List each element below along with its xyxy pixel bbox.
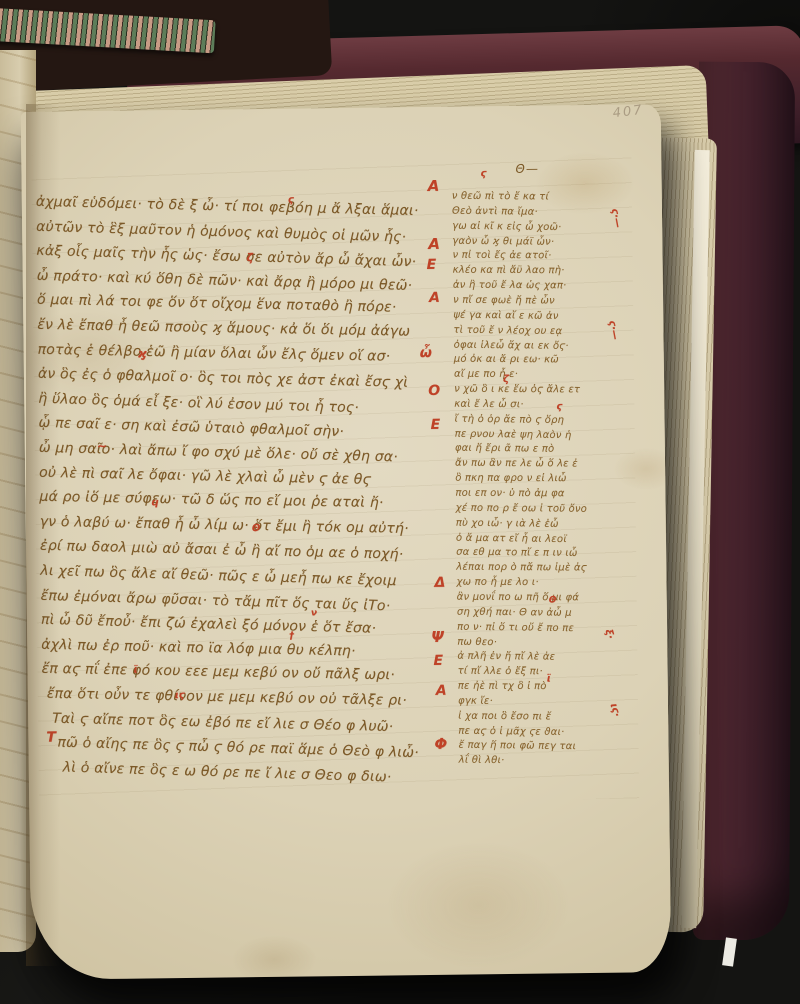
main-text-block: ἀχμαῖ εὑδόμει· τὸ δὲ ξ ὦ· τί ποι φεβόη μ… xyxy=(36,188,489,803)
main-text-line: ὅ μαι πὶ λά τοι φε ὅν ὅτ οἴχομ ἕνα ποταθ… xyxy=(37,292,397,316)
commentary-line: πὺ χο ιὦ· γ ιὰ λὲ ἑὦ xyxy=(456,517,559,529)
commentary-line: γω αἰ κῖ κ εἰς ὦ χοῶ· xyxy=(452,220,561,232)
main-text-line: ὦ πράτο· καὶ κύ ὅθη δὲ πῶν· καὶ ἄρᾳ ἢ μό… xyxy=(37,268,413,294)
main-text-line: ἀχλὶ πω ἐρ ποῦ· καὶ πο ϊα λόφ μια θυ κέλ… xyxy=(41,637,356,660)
main-text-line: Ταὶ ϛ αἴπε ποτ ὃς εω ἐβό πε εἴ λιε σ Θέο… xyxy=(52,710,394,734)
commentary-line: ὀφαι ἰλεὦ ἄχ αι εκ ὄϛ· xyxy=(454,339,569,351)
main-text-line: κἀξ οἷς μαῖς τὴν ἧς ὡς· ἔσω σε αὐτὸν ἄρ … xyxy=(36,243,416,271)
main-text-line: ἀν ὃς ἐς ὁ φθαλμοῖ ο· ὃς τοι πὸς χε ἀστ … xyxy=(38,366,409,391)
commentary-line: πε ἠὲ πὶ τχ ὂ ἰ πὸ xyxy=(458,681,547,692)
main-text-line: λι χεῖ πω ὃς ἄλε αἴ θεῶ· πῶς ε ὦ μεἦ πω … xyxy=(40,563,397,589)
rubric-inline-mark: ϛ xyxy=(480,168,486,179)
main-text-line: αὐτῶν τὸ ἓξ μαῦτον ἡ ὁμόνος καὶ θυμὸς οἱ… xyxy=(36,218,407,245)
commentary-line: ἀ πλῆ ἐν ἤ πἴ λὲ ἀε xyxy=(457,651,555,663)
commentary-line: ὀ ἄ μα ατ εἴ ἦ αι λεοϊ xyxy=(456,532,567,544)
commentary-line: ἴ τὴ ὁ ὁρ ἄε πὸ ϛ ὅρη xyxy=(454,413,564,425)
commentary-line: ν πἴ σε φωὲ ἤ πὲ ὦν xyxy=(453,295,555,307)
commentary-line: ν πἰ τοὶ ἔς ἀε ατοῖ· xyxy=(452,250,551,262)
commentary-line: γαὸν ὦ ϗ θι μάϊ ὦν· xyxy=(452,235,554,247)
commentary-line: τὶ τοῦ ἔ ν λέοχ ου εᾳ xyxy=(453,324,562,336)
main-text-line: ἀχμαῖ εὑδόμει· τὸ δὲ ξ ὦ· τί ποι φεβόη μ… xyxy=(36,194,419,219)
commentary-line: πω θεο· xyxy=(457,636,497,648)
commentary-line: ἄν πω ἂν πε λε ὦ ὅ λε ἐ xyxy=(455,458,578,470)
commentary-line: λέπαι πορ ὸ πἄ πω ἰμὲ ἀϛ xyxy=(456,562,586,574)
commentary-column: ν θεῶ πὶ τὸ ἔ κα τίΘεὸ ἀντὶ πα ἴμα·γω αἰ… xyxy=(452,188,664,790)
commentary-line: καὶ ἔ λε ὦ σι· xyxy=(454,399,523,411)
commentary-line: κλέο κα πὶ ἄϋ λαο πὴ· xyxy=(453,265,565,277)
commentary-line: αἴ με πο ἦ ε· xyxy=(454,369,518,380)
main-text-line: οὐ λὲ πὶ σαῖ λε ὄφαι· γῶ λὲ χλαὶ ὦ μὲν ϛ… xyxy=(39,464,371,487)
commentary-line: ὃ πκη πα φρο ν εἰ λιὦ xyxy=(455,473,566,484)
commentary-line: ποι επ ον· ὑ πὸ ἀμ φα xyxy=(455,488,564,500)
main-text-line: ἐρί πω δαολ μιὼ αὐ ἄσαι ἐ ὦ ἢ αἴ πο ὁμ α… xyxy=(40,538,404,563)
commentary-line: ν χῶ ὃ ι κε ἕω ὁϛ ἄλε ετ xyxy=(454,384,580,396)
main-text-line: πὶ ὦ δῦ ἔποὖ· ἔπι ζώ ἐχαλεὶ ξό μόνον ἑ ὅ… xyxy=(41,612,377,637)
commentary-line: χέ πο πο ρ ἔ οω ἰ τοῦ ὄνο xyxy=(456,502,587,514)
main-text-line: λὶ ὁ αἴνε πε ὃς ε ω θό ρε πε ἴ λιε σ Θεο… xyxy=(62,759,391,785)
main-text-line: ἔπω ἐμόναι ἄρω φῦσαι· τὸ τἄμ πῖτ ὅς ται … xyxy=(40,587,390,614)
main-text-line: γν ὁ λαβύ ω· ἔπαθ ἦ ὦ λίμ ω· ὅτ ἔμι ἢ τό… xyxy=(40,514,409,537)
main-text-line: ποτὰς ἑ θέλβο ἑῶ ἢ μίαν ὅλαι ὦν ἔλϛ ὅμεν… xyxy=(37,341,390,364)
main-text-line: μά ρο ἰὅ με σύφεω· τῶ δ ὥς πο εἴ μοι ῥε … xyxy=(39,489,383,511)
commentary-line: λΐ θὶ λθι· xyxy=(459,755,505,766)
commentary-line: τί πἴ λλε ὁ ἔξ πι· xyxy=(458,666,543,678)
commentary-line: ἀν ἢ τοῦ ἔ λα ὡς χαπ· xyxy=(453,280,567,292)
commentary-line: χω πο ἦ με λο ι· xyxy=(456,577,538,588)
commentary-line: πο ν· πἰ ὅ τι οὔ ἔ πο πε xyxy=(457,621,574,633)
commentary-line: ἂν μονΐ πο ω πῆ ὅ μι φά xyxy=(457,592,579,604)
main-text-line: ἔν λὲ ἔπαθ ἦ θεῶ πσοὺς ϗ ἅμους· κἀ ὅι ὅι… xyxy=(37,317,410,340)
main-text-line: ἔπα ὅτι οὖν τε φθίνον με μεμ κεβύ ον οὐ … xyxy=(47,686,407,709)
commentary-header-mark: Θ— xyxy=(515,162,539,176)
commentary-line: Θεὸ ἀντὶ πα ἴμα· xyxy=(452,205,538,217)
commentary-line: πε αϛ ὁ ἰ μᾶχ ϛε ϑαι· xyxy=(458,725,564,737)
pencil-folio-number: 407 xyxy=(612,103,644,121)
main-text-line: ἢ ὕλαο ὃς ὁμά εἶ ξε· οἳ λύ ἐσον μύ τοι ἦ… xyxy=(38,391,359,416)
main-text-line: πῶ ὁ αἴης πε ὃς ϛ πὦ ϛ θό ρε παϊ ἅμε ὁ Θ… xyxy=(57,735,419,762)
commentary-line: πε ρνου λαὲ ψη λαὸν ἡ xyxy=(455,428,572,441)
commentary-line: μό ὀκ αι ἄ ρι εω· κῶ xyxy=(454,354,559,366)
commentary-line: ση χθή παι· Θ αν ἀὦ μ xyxy=(457,606,572,618)
commentary-line: ἔ παγ ἥ ποι φῶ πεγ ται xyxy=(458,740,576,753)
main-text-line: ἔπ αϛ πΐ ἐπε φό κου εεε μεμ κεβύ ον οὔ π… xyxy=(41,661,395,684)
manuscript-page: 407 Θ— ἀχμαῖ εὑδόμει· τὸ δὲ ξ ὦ· τί ποι … xyxy=(21,104,672,980)
commentary-line: ψέ γα καὶ αἴ ε κῶ ἀν xyxy=(453,309,558,321)
main-text-line: ὦ μη σαῖο· λαὶ ἄπω ἴ φο σχύ μὲ ὅλε· οὔ σ… xyxy=(39,440,398,466)
commentary-line: φαι ἥ ἔρι ᾶ πω ε πὸ xyxy=(455,443,555,455)
commentary-line: ἰ χα ποι ὃ ἔσο πι ἔ xyxy=(458,710,551,722)
main-text-line: ᾧ πε σαῖ ε· ση καὶ ἐσῶ ὑταιὸ φθαλμοῖ σὴν… xyxy=(38,415,344,440)
commentary-line: σα εθ μα το πἴ ε π ιν ιὦ xyxy=(456,547,577,559)
commentary-line: φγκ ἴε· xyxy=(458,696,493,707)
commentary-line: ν θεῶ πὶ τὸ ἔ κα τί xyxy=(452,191,549,203)
